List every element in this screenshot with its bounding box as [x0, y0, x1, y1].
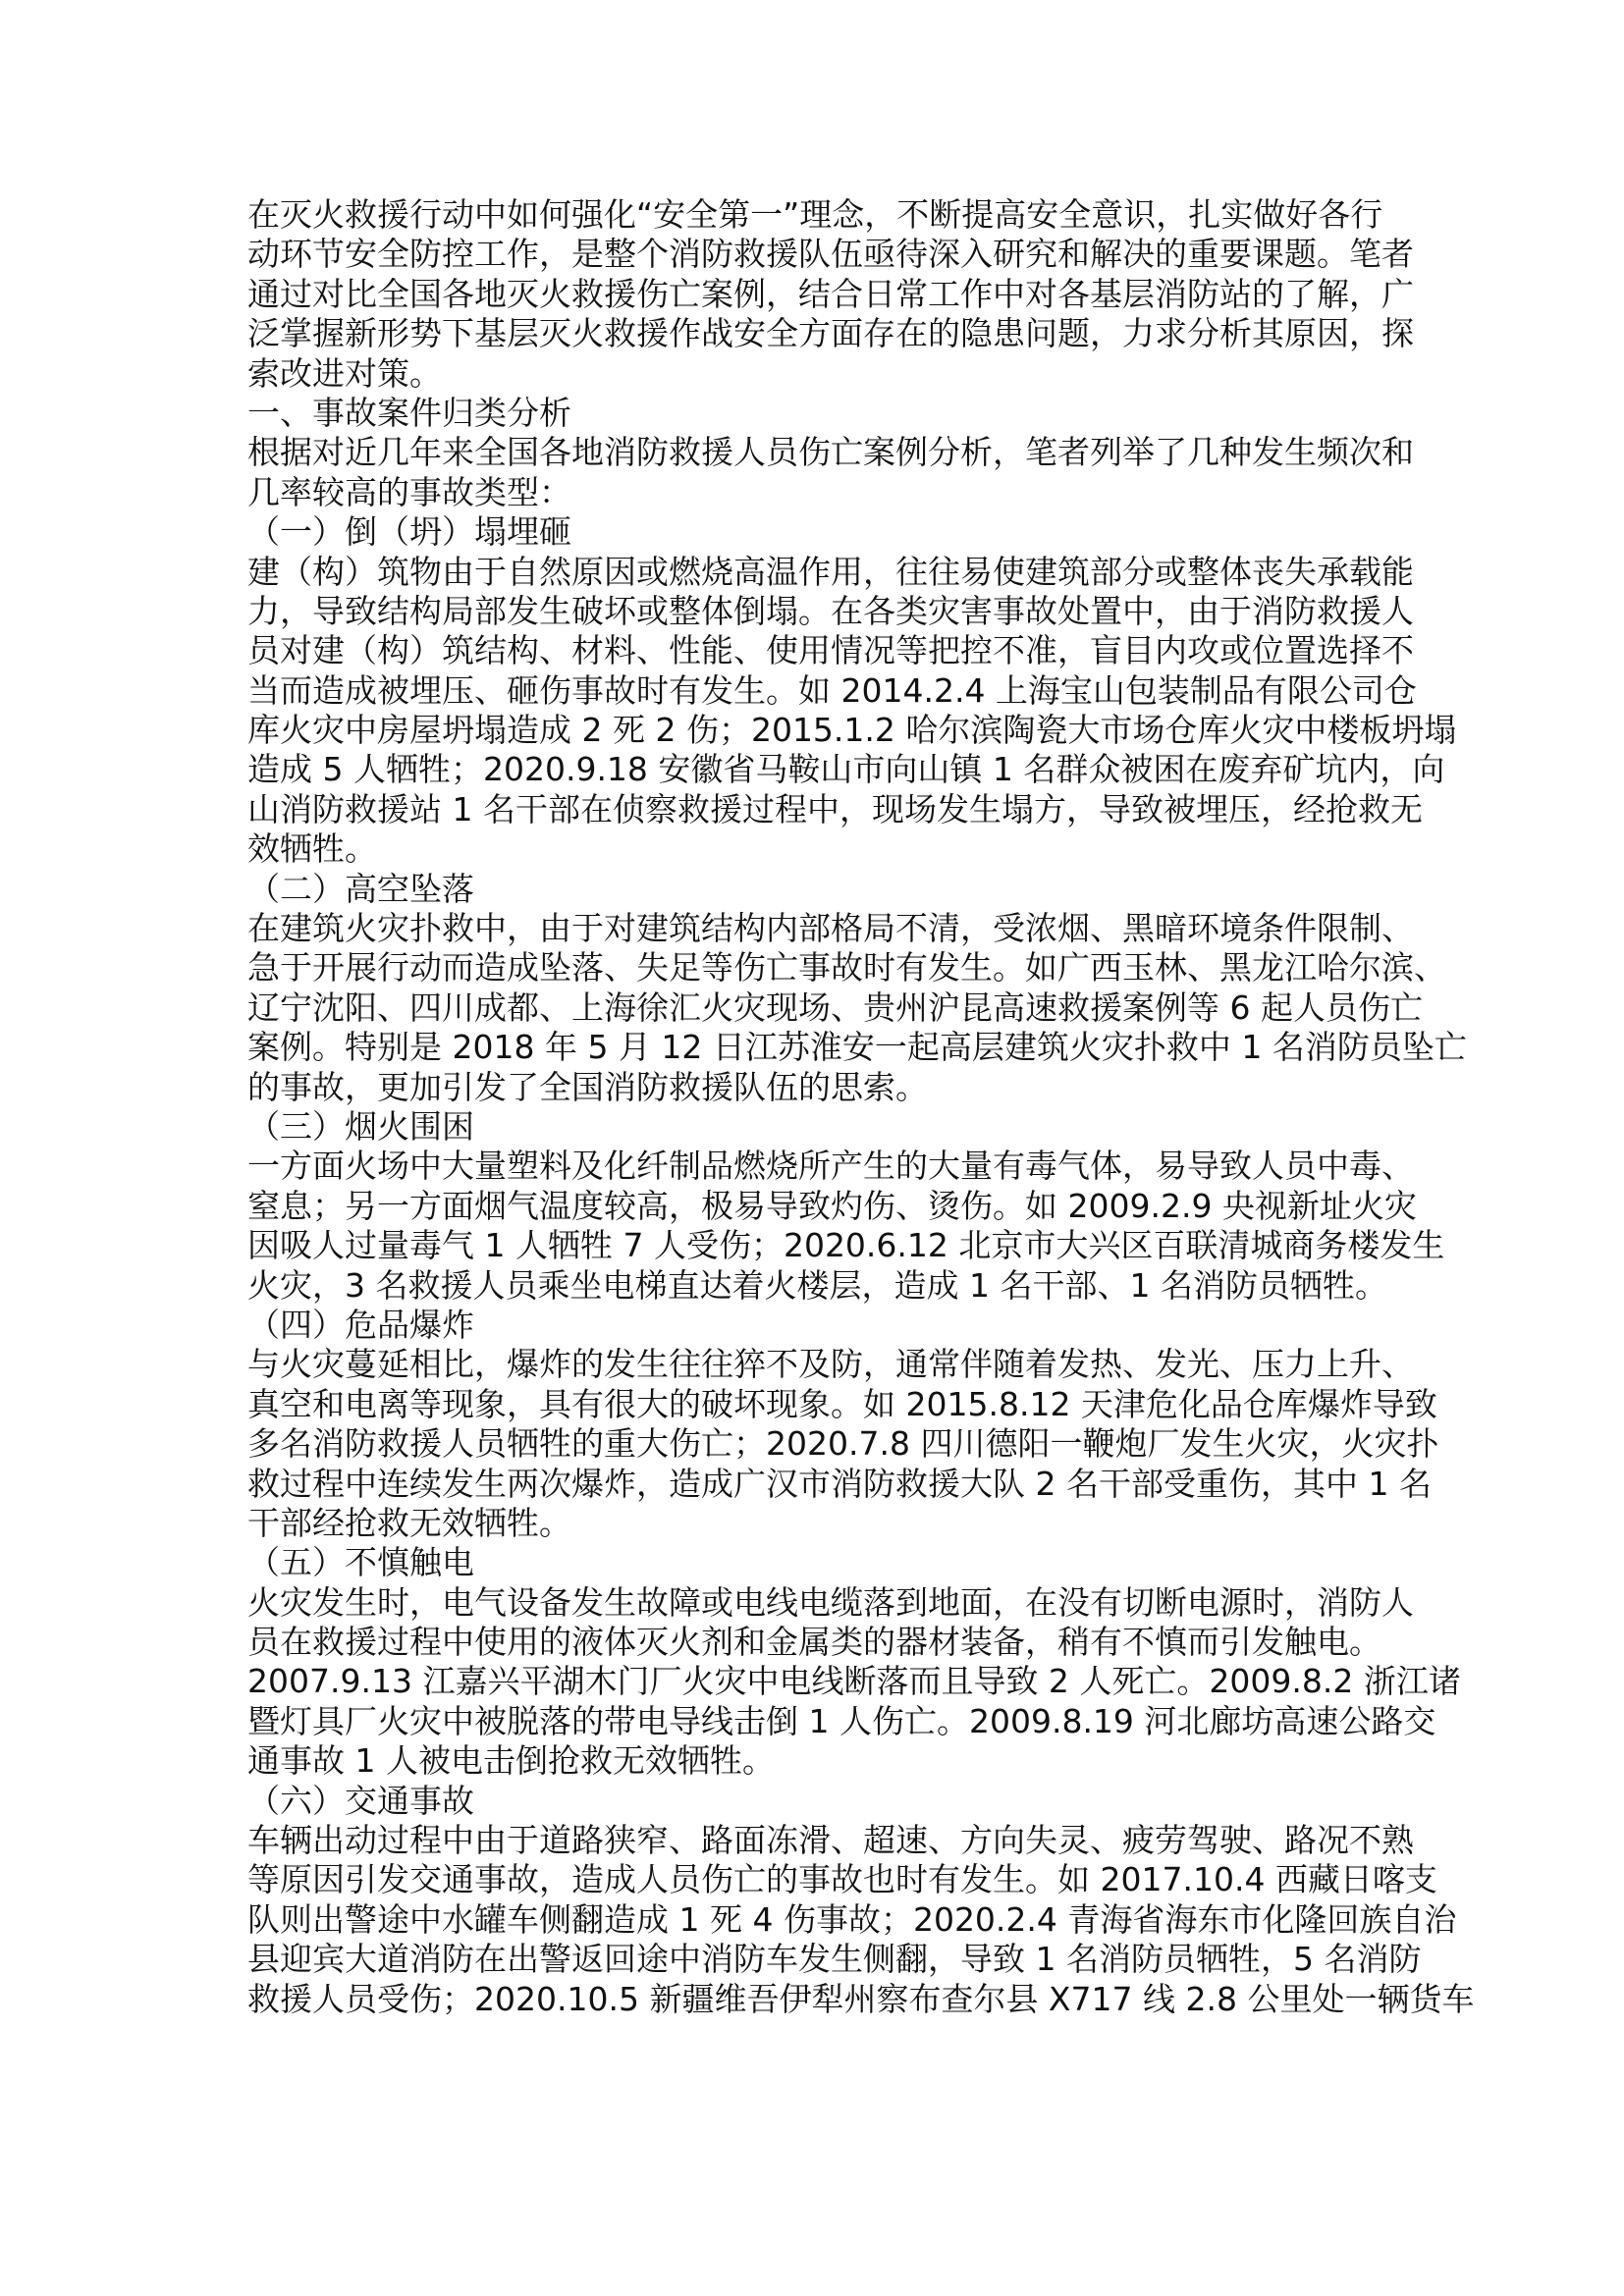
- paragraph-fall: 在建筑火灾扑救中，由于对建筑结构内部格局不清，受浓烟、黑暗环境条件限制、 急于开…: [247, 909, 1386, 1107]
- text-line: 辽宁沈阳、四川成都、上海徐汇火灾现场、贵州沪昆高速救援案例等 6 起人员伤亡: [247, 988, 1386, 1028]
- text-line: 通过对比全国各地灭火救援伤亡案例，结合日常工作中对各基层消防站的了解，广: [247, 275, 1386, 314]
- text-line: 救援人员受伤；2020.10.5 新疆维吾伊犁州察布查尔县 X717 线 2.8…: [247, 1980, 1386, 2019]
- subheading-text: （三）烟火围困: [247, 1107, 1386, 1147]
- text-line: 2007.9.13 江嘉兴平湖木门厂火灾中电线断落而且导致 2 人死亡。2009…: [247, 1662, 1386, 1701]
- text-line: 窒息；另一方面烟气温度较高，极易导致灼伤、烫伤。如 2009.2.9 央视新址火…: [247, 1187, 1386, 1226]
- text-line: 动环节安全防控工作，是整个消防救援队伍亟待深入研究和解决的重要课题。笔者: [247, 235, 1386, 274]
- subheading-text: （一）倒（坍）塌埋砸: [247, 512, 1386, 552]
- subheading-text: （二）高空坠落: [247, 870, 1386, 909]
- document-page: 在灭火救援行动中如何强化“安全第一”理念，不断提高安全意识，扎实做好各行 动环节…: [247, 195, 1386, 2019]
- text-line: 力，导致结构局部发生破坏或整体倒塌。在各类灾害事故处置中，由于消防救援人: [247, 592, 1386, 631]
- paragraph-electric: 火灾发生时，电气设备发生故障或电线电缆落到地面，在没有切断电源时，消防人 员在救…: [247, 1583, 1386, 1782]
- text-line: 县迎宾大道消防在出警返回途中消防车发生侧翻，导致 1 名消防员牺牲，5 名消防: [247, 1940, 1386, 1979]
- text-line: 一方面火场中大量塑料及化纤制品燃烧所产生的大量有毒气体，易导致人员中毒、: [247, 1147, 1386, 1186]
- text-line: 多名消防救援人员牺牲的重大伤亡；2020.7.8 四川德阳一鞭炮厂发生火灾，火灾…: [247, 1424, 1386, 1464]
- section-heading-1: 一、事故案件归类分析: [247, 394, 1386, 433]
- paragraph-collapse: 建（构）筑物由于自然原因或燃烧高温作用，往往易使建筑部分或整体丧失承载能 力，导…: [247, 553, 1386, 870]
- intro-paragraph: 在灭火救援行动中如何强化“安全第一”理念，不断提高安全意识，扎实做好各行 动环节…: [247, 195, 1386, 394]
- text-line: 根据对近几年来全国各地消防救援人员伤亡案例分析，笔者列举了几种发生频次和: [247, 433, 1386, 472]
- text-line: 的事故，更加引发了全国消防救援队伍的思索。: [247, 1068, 1386, 1107]
- text-line: 暨灯具厂火灾中被脱落的带电导线击倒 1 人伤亡。2009.8.19 河北廊坊高速…: [247, 1702, 1386, 1741]
- subheading-collapse: （一）倒（坍）塌埋砸: [247, 512, 1386, 552]
- text-line: 库火灾中房屋坍塌造成 2 死 2 伤；2015.1.2 哈尔滨陶瓷大市场仓库火灾…: [247, 711, 1386, 750]
- text-line: 通事故 1 人被电击倒抢救无效牺牲。: [247, 1741, 1386, 1781]
- subheading-text: （六）交通事故: [247, 1782, 1386, 1821]
- text-line: 建（构）筑物由于自然原因或燃烧高温作用，往往易使建筑部分或整体丧失承载能: [247, 553, 1386, 592]
- text-line: 效牺牲。: [247, 829, 1386, 869]
- text-line: 火灾，3 名救援人员乘坐电梯直达着火楼层，造成 1 名干部、1 名消防员牺牲。: [247, 1266, 1386, 1306]
- text-line: 队则出警途中水罐车侧翻造成 1 死 4 伤事故；2020.2.4 青海省海东市化…: [247, 1900, 1386, 1940]
- subheading-explosion: （四）危品爆炸: [247, 1306, 1386, 1345]
- text-line: 索改进对策。: [247, 354, 1386, 394]
- text-line: 救过程中连续发生两次爆炸，造成广汉市消防救援大队 2 名干部受重伤，其中 1 名: [247, 1465, 1386, 1504]
- heading-text: 一、事故案件归类分析: [247, 394, 1386, 433]
- text-line: 与火灾蔓延相比，爆炸的发生往往猝不及防，通常伴随着发热、发光、压力上升、: [247, 1345, 1386, 1384]
- subheading-traffic: （六）交通事故: [247, 1782, 1386, 1821]
- subheading-fall: （二）高空坠落: [247, 870, 1386, 909]
- text-line: 案例。特别是 2018 年 5 月 12 日江苏淮安一起高层建筑火灾扑救中 1 …: [247, 1028, 1386, 1067]
- text-line: 急于开展行动而造成坠落、失足等伤亡事故时有发生。如广西玉林、黑龙江哈尔滨、: [247, 948, 1386, 988]
- text-line: 车辆出动过程中由于道路狭窄、路面冻滑、超速、方向失灵、疲劳驾驶、路况不熟: [247, 1821, 1386, 1860]
- text-line: 等原因引发交通事故，造成人员伤亡的事故也时有发生。如 2017.10.4 西藏日…: [247, 1860, 1386, 1899]
- section-1-intro: 根据对近几年来全国各地消防救援人员伤亡案例分析，笔者列举了几种发生频次和 几率较…: [247, 433, 1386, 512]
- text-line: 真空和电离等现象，具有很大的破坏现象。如 2015.8.12 天津危化品仓库爆炸…: [247, 1385, 1386, 1424]
- subheading-text: （五）不慎触电: [247, 1543, 1386, 1582]
- subheading-smoke: （三）烟火围困: [247, 1107, 1386, 1147]
- text-line: 员在救援过程中使用的液体灭火剂和金属类的器材装备，稍有不慎而引发触电。: [247, 1623, 1386, 1662]
- text-line: 造成 5 人牺牲；2020.9.18 安徽省马鞍山市向山镇 1 名群众被困在废弃…: [247, 750, 1386, 789]
- text-line: 山消防救援站 1 名干部在侦察救援过程中，现场发生塌方，导致被埋压，经抢救无: [247, 790, 1386, 829]
- text-line: 几率较高的事故类型：: [247, 473, 1386, 512]
- text-line: 在灭火救援行动中如何强化“安全第一”理念，不断提高安全意识，扎实做好各行: [247, 195, 1386, 235]
- subheading-electric: （五）不慎触电: [247, 1543, 1386, 1582]
- text-line: 因吸人过量毒气 1 人牺牲 7 人受伤；2020.6.12 北京市大兴区百联清城…: [247, 1226, 1386, 1265]
- paragraph-explosion: 与火灾蔓延相比，爆炸的发生往往猝不及防，通常伴随着发热、发光、压力上升、 真空和…: [247, 1345, 1386, 1543]
- paragraph-smoke: 一方面火场中大量塑料及化纤制品燃烧所产生的大量有毒气体，易导致人员中毒、 窒息；…: [247, 1147, 1386, 1306]
- subheading-text: （四）危品爆炸: [247, 1306, 1386, 1345]
- paragraph-traffic: 车辆出动过程中由于道路狭窄、路面冻滑、超速、方向失灵、疲劳驾驶、路况不熟 等原因…: [247, 1821, 1386, 2019]
- text-line: 泛掌握新形势下基层灭火救援作战安全方面存在的隐患问题，力求分析其原因，探: [247, 314, 1386, 353]
- text-line: 在建筑火灾扑救中，由于对建筑结构内部格局不清，受浓烟、黑暗环境条件限制、: [247, 909, 1386, 948]
- text-line: 当而造成被埋压、砸伤事故时有发生。如 2014.2.4 上海宝山包装制品有限公司…: [247, 671, 1386, 711]
- text-line: 干部经抢救无效牺牲。: [247, 1504, 1386, 1543]
- text-line: 火灾发生时，电气设备发生故障或电线电缆落到地面，在没有切断电源时，消防人: [247, 1583, 1386, 1623]
- text-line: 员对建（构）筑结构、材料、性能、使用情况等把控不准，盲目内攻或位置选择不: [247, 631, 1386, 670]
